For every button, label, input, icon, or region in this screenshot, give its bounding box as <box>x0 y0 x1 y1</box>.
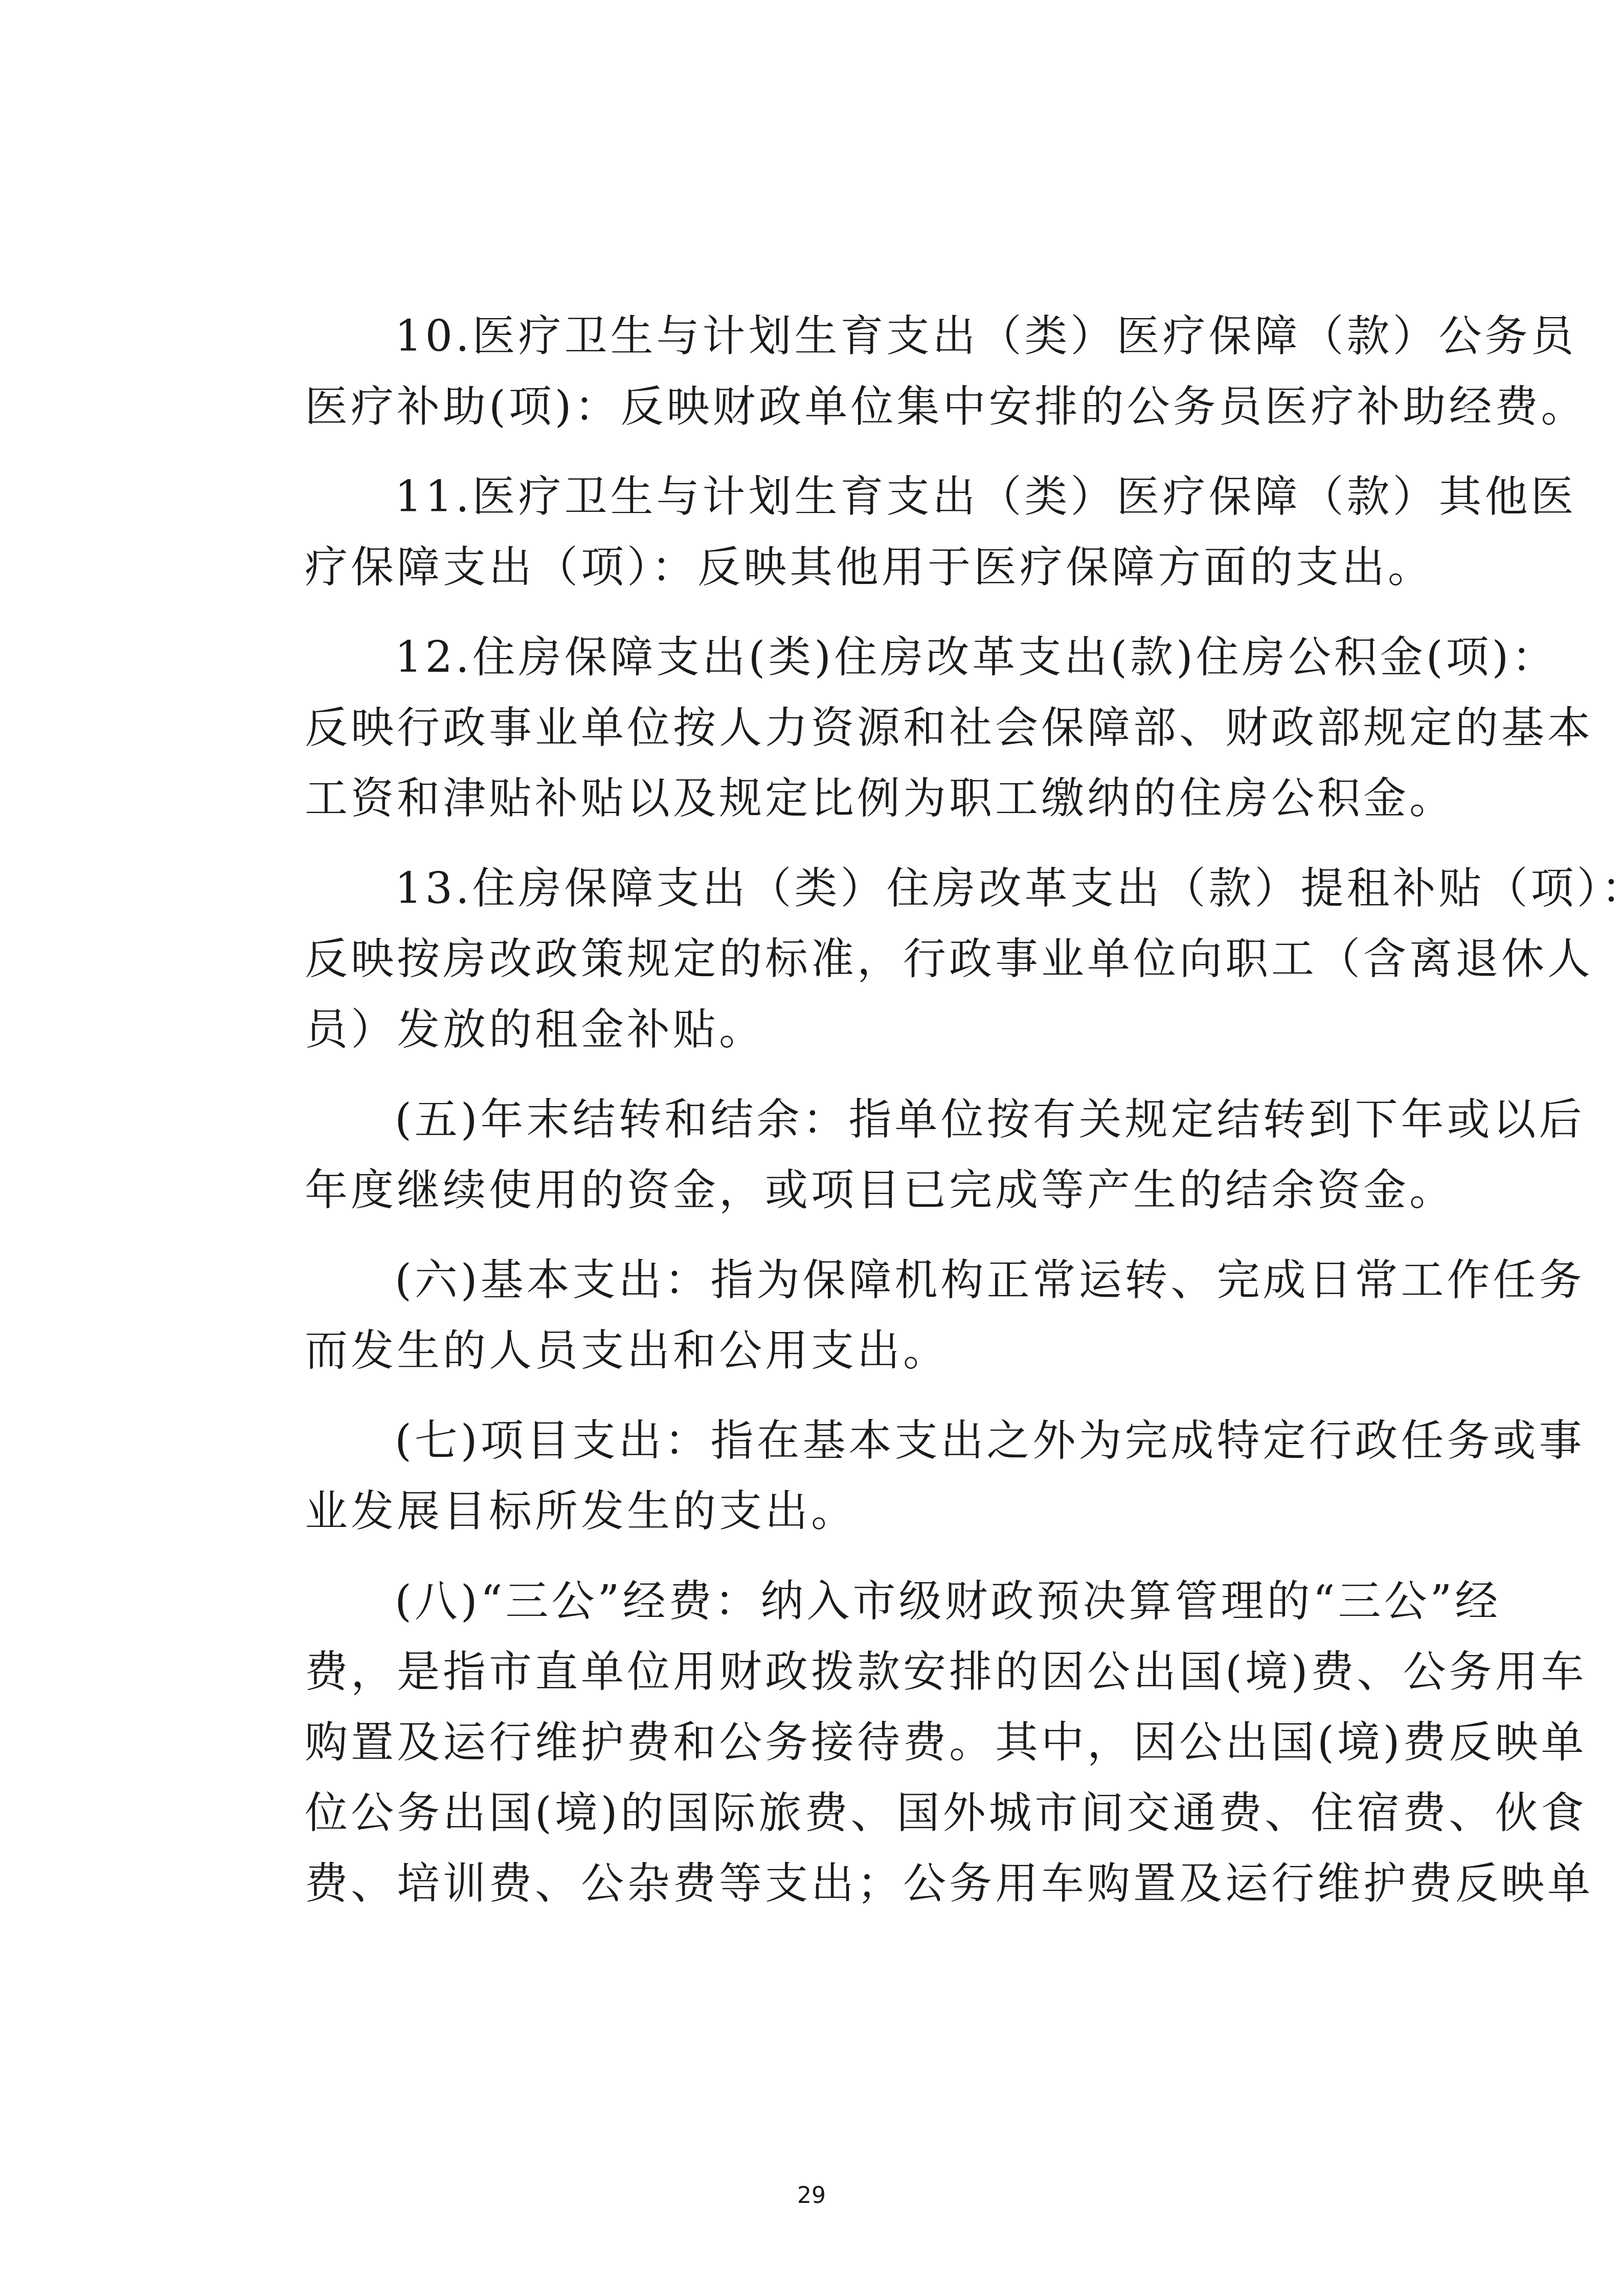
document-body: 10.医疗卫生与计划生育支出（类）医疗保障（款）公务员 医疗补助(项)：反映财政… <box>215 301 1414 1919</box>
text-line: 年度继续使用的资金，或项目已完成等产生的结余资金。 <box>215 1155 1414 1225</box>
text-line: 11.医疗卫生与计划生育支出（类）医疗保障（款）其他医 <box>215 461 1414 532</box>
text-line: 医疗补助(项)：反映财政单位集中安排的公务员医疗补助经费。 <box>215 371 1414 442</box>
text-line: 13.住房保障支出（类）住房改革支出（款）提租补贴（项）： <box>215 853 1414 924</box>
text-line: (六)基本支出：指为保障机构正常运转、完成日常工作任务 <box>215 1245 1414 1315</box>
text-line: 购置及运行维护费和公务接待费。其中，因公出国(境)费反映单 <box>215 1707 1414 1777</box>
text-line: 费、培训费、公杂费等支出；公务用车购置及运行维护费反映单 <box>215 1848 1414 1919</box>
text-line: 位公务出国(境)的国际旅费、国外城市间交通费、住宿费、伙食 <box>215 1777 1414 1848</box>
paragraph-section-6: (六)基本支出：指为保障机构正常运转、完成日常工作任务 而发生的人员支出和公用支… <box>215 1245 1414 1386</box>
paragraph-section-7: (七)项目支出：指在基本支出之外为完成特定行政任务或事 业发展目标所发生的支出。 <box>215 1405 1414 1546</box>
paragraph-section-5: (五)年末结转和结余：指单位按有关规定结转到下年或以后 年度继续使用的资金，或项… <box>215 1084 1414 1225</box>
paragraph-section-8: (八)“三公”经费：纳入市级财政预决算管理的“三公”经 费，是指市直单位用财政拨… <box>215 1566 1414 1919</box>
text-line: 员）发放的租金补贴。 <box>215 994 1414 1065</box>
text-line: (五)年末结转和结余：指单位按有关规定结转到下年或以后 <box>215 1084 1414 1155</box>
paragraph-item-11: 11.医疗卫生与计划生育支出（类）医疗保障（款）其他医 疗保障支出（项）：反映其… <box>215 461 1414 602</box>
text-line: (八)“三公”经费：纳入市级财政预决算管理的“三公”经 <box>215 1566 1414 1636</box>
text-line: 而发生的人员支出和公用支出。 <box>215 1315 1414 1386</box>
page-number: 29 <box>0 2182 1623 2209</box>
text-line: 费，是指市直单位用财政拨款安排的因公出国(境)费、公务用车 <box>215 1636 1414 1707</box>
text-line: (七)项目支出：指在基本支出之外为完成特定行政任务或事 <box>215 1405 1414 1476</box>
text-line: 反映行政事业单位按人力资源和社会保障部、财政部规定的基本 <box>215 692 1414 763</box>
paragraph-item-10: 10.医疗卫生与计划生育支出（类）医疗保障（款）公务员 医疗补助(项)：反映财政… <box>215 301 1414 442</box>
text-line: 反映按房改政策规定的标准，行政事业单位向职工（含离退休人 <box>215 924 1414 994</box>
text-line: 疗保障支出（项）：反映其他用于医疗保障方面的支出。 <box>215 532 1414 602</box>
paragraph-item-12: 12.住房保障支出(类)住房改革支出(款)住房公积金(项)： 反映行政事业单位按… <box>215 622 1414 834</box>
text-line: 工资和津贴补贴以及规定比例为职工缴纳的住房公积金。 <box>215 763 1414 834</box>
text-line: 10.医疗卫生与计划生育支出（类）医疗保障（款）公务员 <box>215 301 1414 371</box>
text-line: 业发展目标所发生的支出。 <box>215 1476 1414 1546</box>
paragraph-item-13: 13.住房保障支出（类）住房改革支出（款）提租补贴（项）： 反映按房改政策规定的… <box>215 853 1414 1065</box>
text-line: 12.住房保障支出(类)住房改革支出(款)住房公积金(项)： <box>215 622 1414 692</box>
document-page: 10.医疗卫生与计划生育支出（类）医疗保障（款）公务员 医疗补助(项)：反映财政… <box>0 0 1623 2296</box>
